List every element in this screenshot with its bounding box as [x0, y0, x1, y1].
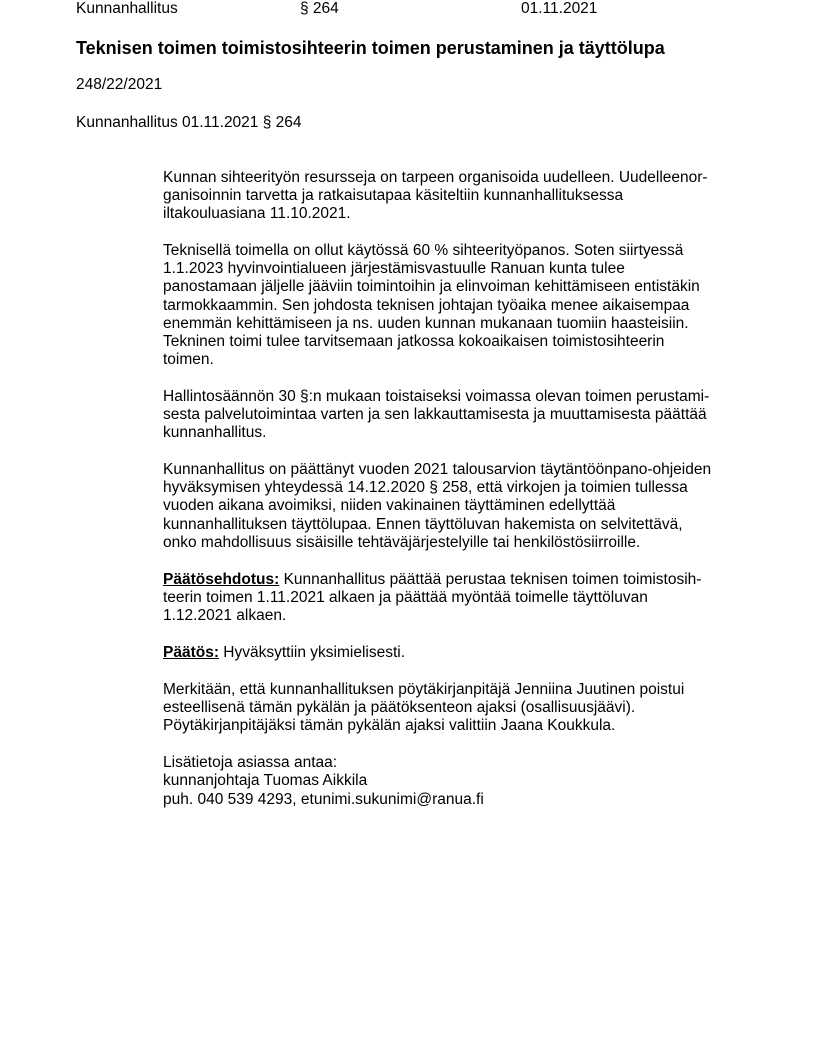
contact-info: Lisätietoja asiassa antaa: kunnanjohtaja…: [163, 754, 743, 808]
text-line: onko mahdollisuus sisäisille tehtäväjärj…: [163, 534, 640, 551]
header-body-name: Kunnanhallitus: [76, 0, 178, 18]
text-line: 1.1.2023 hyvinvointialueen järjestämisva…: [163, 260, 625, 277]
paragraph-background: Kunnan sihteerityön resursseja on tarpee…: [163, 169, 743, 223]
text-line: tarmokkaammin. Sen johdosta teknisen joh…: [163, 297, 689, 314]
contact-heading: Lisätietoja asiassa antaa:: [163, 754, 337, 771]
text-line: Kunnan sihteerityön resursseja on tarpee…: [163, 169, 708, 186]
decision-text: Hyväksyttiin yksimielisesti.: [219, 644, 405, 661]
text-line: kunnanhallituksen täyttölupaa. Ennen täy…: [163, 516, 683, 533]
paragraph-budget-rule: Kunnanhallitus on päättänyt vuoden 2021 …: [163, 461, 743, 551]
decision-proposal: Päätösehdotus: Kunnanhallitus päättää pe…: [163, 571, 743, 625]
decision-label: Päätös:: [163, 644, 219, 661]
text-line: esteellisenä tämän pykälän ja päätöksent…: [163, 699, 635, 716]
text-line: enemmän kehittämiseen ja ns. uuden kunna…: [163, 315, 689, 332]
text-line: Kunnanhallitus on päättänyt vuoden 2021 …: [163, 461, 711, 478]
text-line: sesta palvelutoimintaa varten ja sen lak…: [163, 406, 707, 423]
text-line: iltakouluasiana 11.10.2021.: [163, 205, 351, 222]
text-line: kunnanhallitus.: [163, 424, 266, 441]
paragraph-need: Teknisellä toimella on ollut käytössä 60…: [163, 242, 743, 369]
text-line: hyväksymisen yhteydessä 14.12.2020 § 258…: [163, 479, 688, 496]
text-line: Teknisellä toimella on ollut käytössä 60…: [163, 242, 683, 259]
text-line: vuoden aikana avoimiksi, niiden vakinain…: [163, 497, 615, 514]
contact-details: puh. 040 539 4293, etunimi.sukunimi@ranu…: [163, 791, 484, 808]
text-line: ganisoinnin tarvetta ja ratkaisutapaa kä…: [163, 187, 623, 204]
text-line: panostamaan jäljelle jääviin toimintoihi…: [163, 278, 700, 295]
contact-person: kunnanjohtaja Tuomas Aikkila: [163, 772, 367, 789]
header-section-number: § 264: [300, 0, 339, 18]
document-title: Teknisen toimen toimistosihteerin toimen…: [76, 37, 665, 59]
meeting-reference: Kunnanhallitus 01.11.2021 § 264: [76, 114, 302, 132]
text-line: teerin toimen 1.11.2021 alkaen ja päättä…: [163, 589, 648, 606]
paragraph-regulation: Hallintosäännön 30 §:n mukaan toistaisek…: [163, 388, 743, 442]
text-line: Hallintosäännön 30 §:n mukaan toistaisek…: [163, 388, 709, 405]
proposal-label: Päätösehdotus:: [163, 571, 279, 588]
text-line: toimen.: [163, 351, 214, 368]
paragraph-note: Merkitään, että kunnanhallituksen pöytäk…: [163, 681, 743, 735]
case-number: 248/22/2021: [76, 76, 162, 94]
document-body: Kunnan sihteerityön resursseja on tarpee…: [163, 169, 743, 828]
header-date: 01.11.2021: [521, 0, 597, 18]
text-line: Kunnanhallitus päättää perustaa teknisen…: [279, 571, 701, 588]
document-header: Kunnanhallitus § 264 01.11.2021: [76, 0, 776, 20]
text-line: 1.12.2021 alkaen.: [163, 607, 286, 624]
text-line: Merkitään, että kunnanhallituksen pöytäk…: [163, 681, 684, 698]
text-line: Pöytäkirjanpitäjäksi tämän pykälän ajaks…: [163, 717, 615, 734]
text-line: Tekninen toimi tulee tarvitsemaan jatkos…: [163, 333, 664, 350]
decision: Päätös: Hyväksyttiin yksimielisesti.: [163, 644, 743, 662]
